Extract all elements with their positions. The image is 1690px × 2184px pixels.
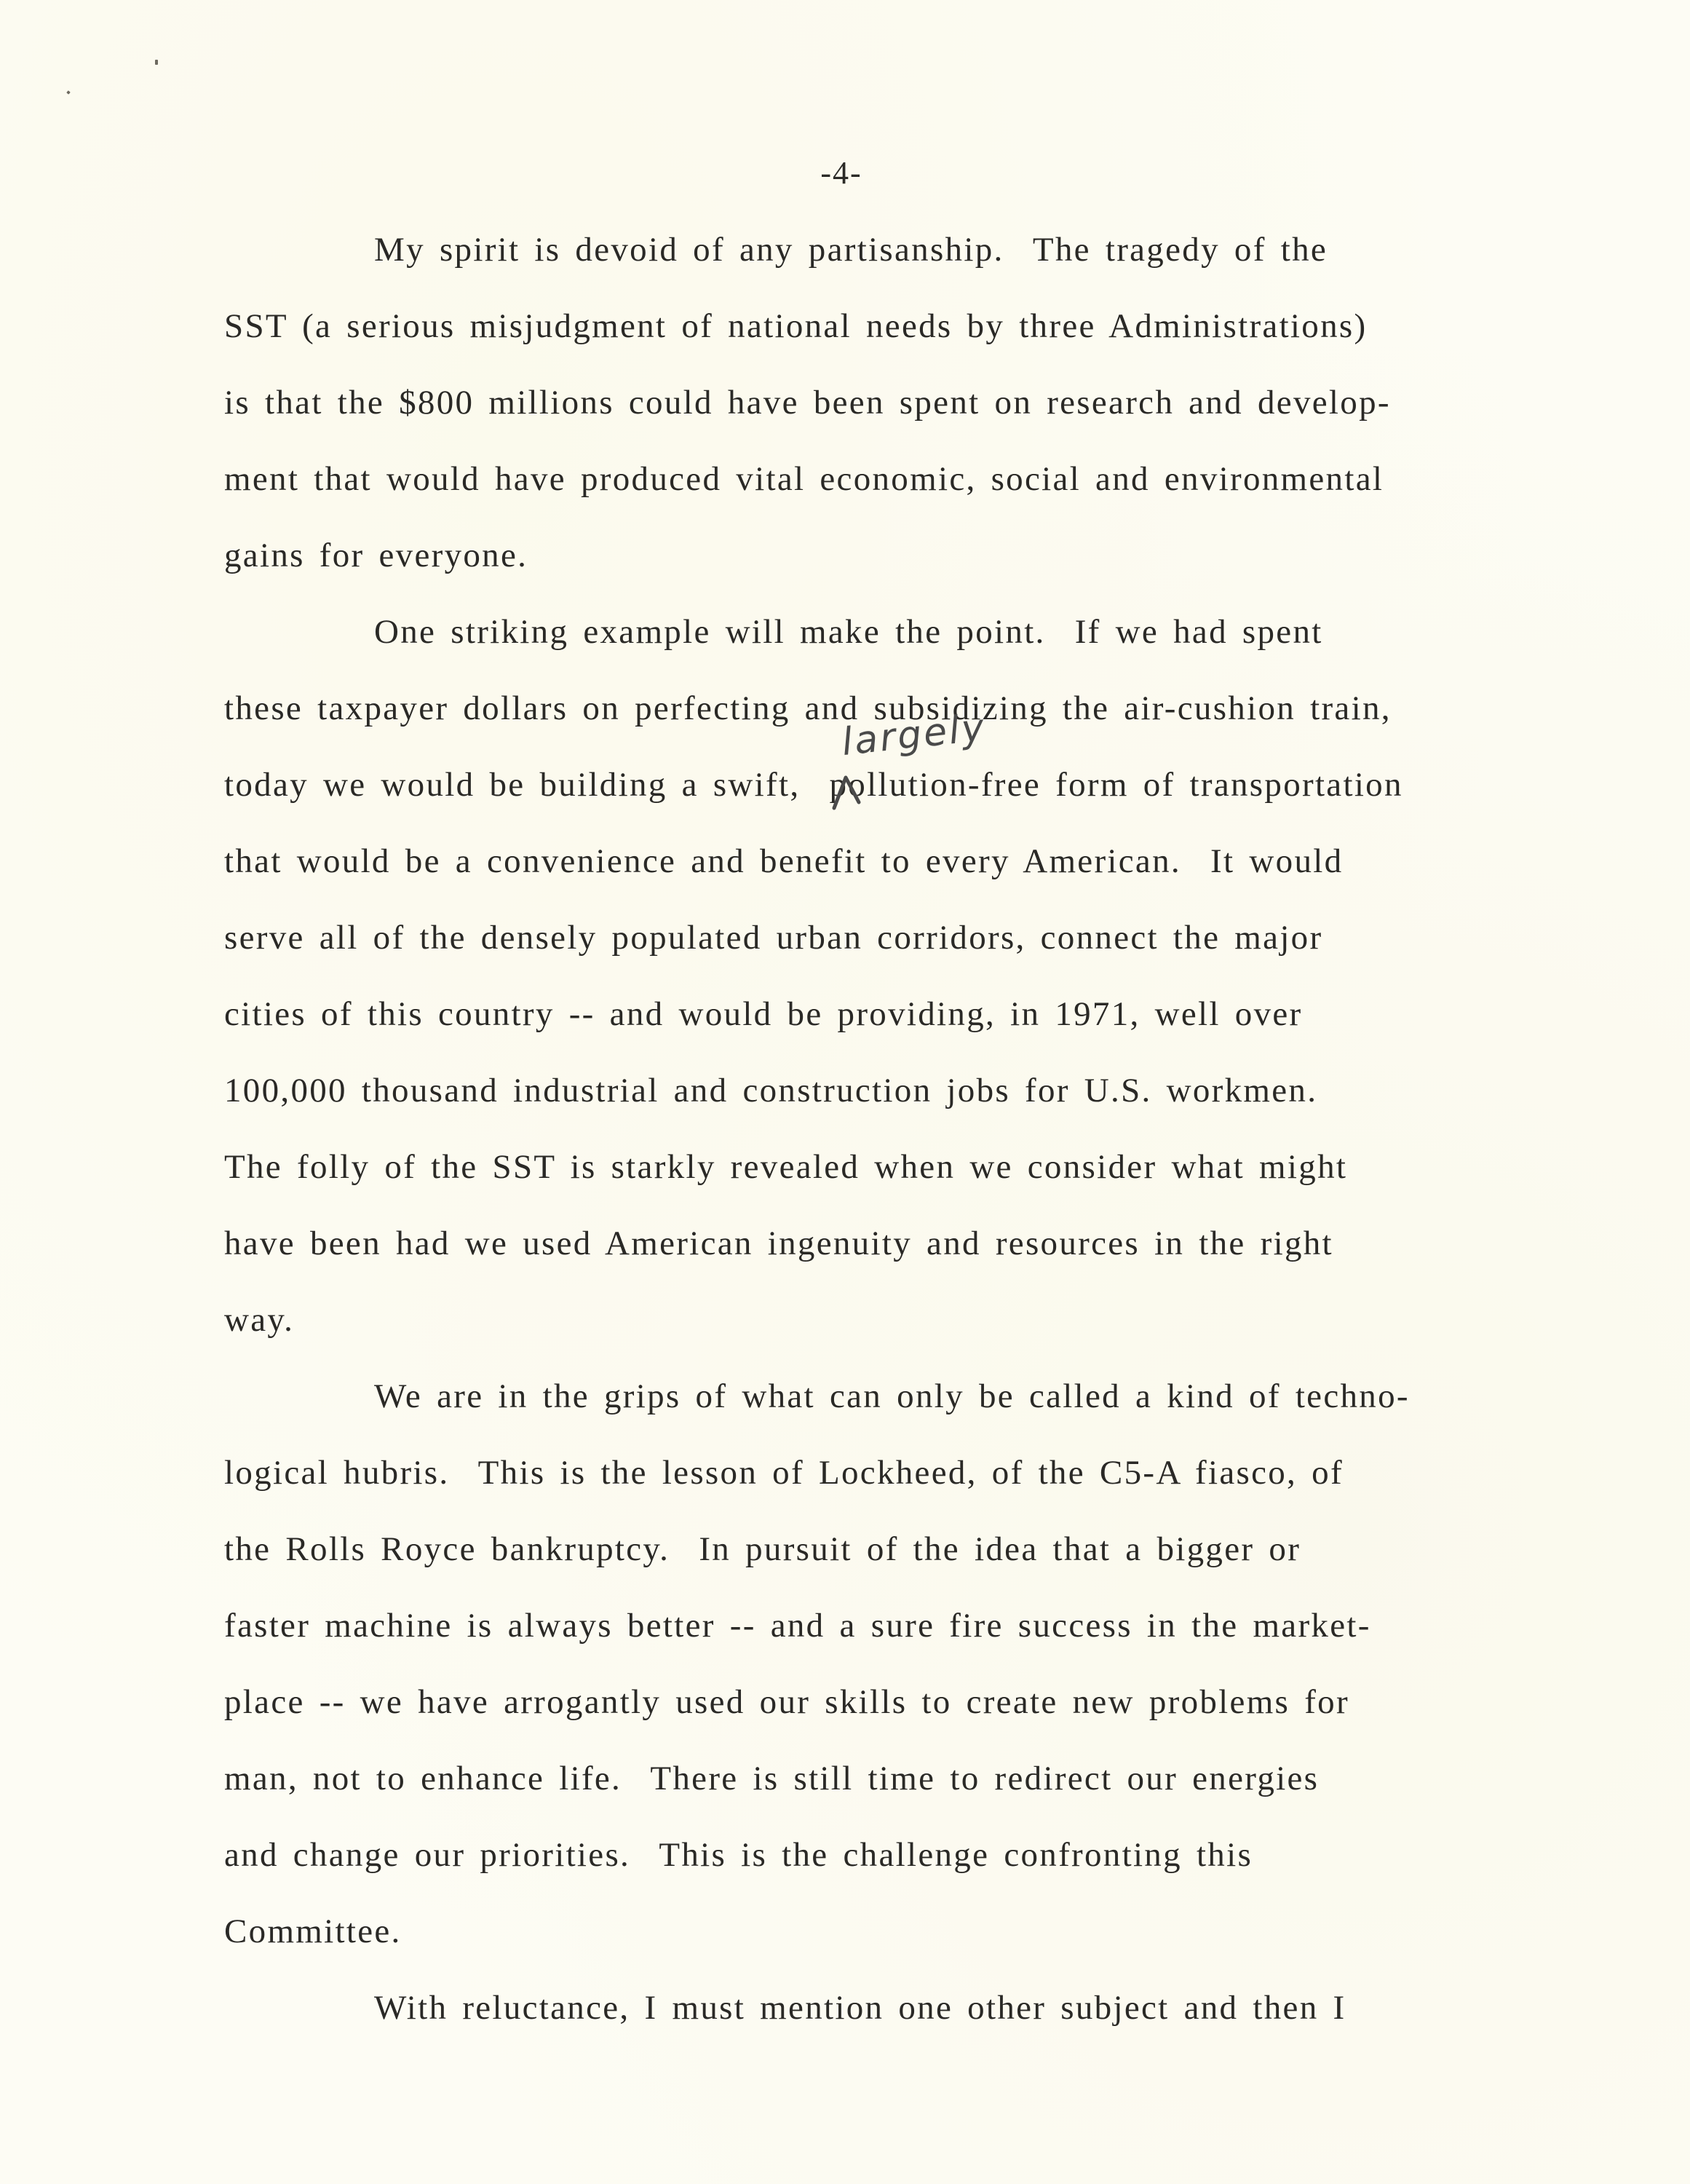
text-line: have been had we used American ingenuity… — [224, 1225, 1333, 1262]
text-line: faster machine is always better -- and a… — [224, 1607, 1371, 1644]
text-line: the Rolls Royce bankruptcy. In pursuit o… — [224, 1531, 1301, 1567]
text-line: Committee. — [224, 1913, 402, 1950]
text-line: 100,000 thousand industrial and construc… — [224, 1072, 1317, 1109]
text-line: today we would be building a swift, poll… — [224, 767, 1403, 803]
text-line: serve all of the densely populated urban… — [224, 919, 1322, 956]
text-line: these taxpayer dollars on perfecting and… — [224, 690, 1392, 727]
text-line: cities of this country -- and would be p… — [224, 996, 1303, 1032]
text-line: logical hubris. This is the lesson of Lo… — [224, 1455, 1344, 1491]
insertion-caret-icon — [830, 773, 866, 811]
text-line: The folly of the SST is starkly revealed… — [224, 1149, 1347, 1185]
text-line: way. — [224, 1302, 294, 1338]
text-line: ment that would have produced vital econ… — [224, 461, 1384, 497]
scan-speck — [66, 90, 71, 95]
text-line: man, not to enhance life. There is still… — [224, 1760, 1319, 1797]
text-line: gains for everyone. — [224, 537, 528, 574]
text-line: is that the $800 millions could have bee… — [224, 384, 1391, 421]
text-line: that would be a convenience and benefit … — [224, 843, 1343, 879]
text-line: SST (a serious misjudgment of national n… — [224, 308, 1367, 344]
text-line: place -- we have arrogantly used our ski… — [224, 1684, 1349, 1720]
text-line: We are in the grips of what can only be … — [374, 1378, 1410, 1415]
text-line: My spirit is devoid of any partisanship.… — [374, 232, 1328, 268]
text-line: With reluctance, I must mention one othe… — [374, 1990, 1346, 2026]
document-page: -4- My spirit is devoid of any partisans… — [0, 0, 1690, 2184]
scan-speck — [155, 60, 158, 65]
page-number: -4- — [805, 157, 878, 189]
text-line: and change our priorities. This is the c… — [224, 1837, 1253, 1873]
text-line: One striking example will make the point… — [374, 614, 1323, 650]
